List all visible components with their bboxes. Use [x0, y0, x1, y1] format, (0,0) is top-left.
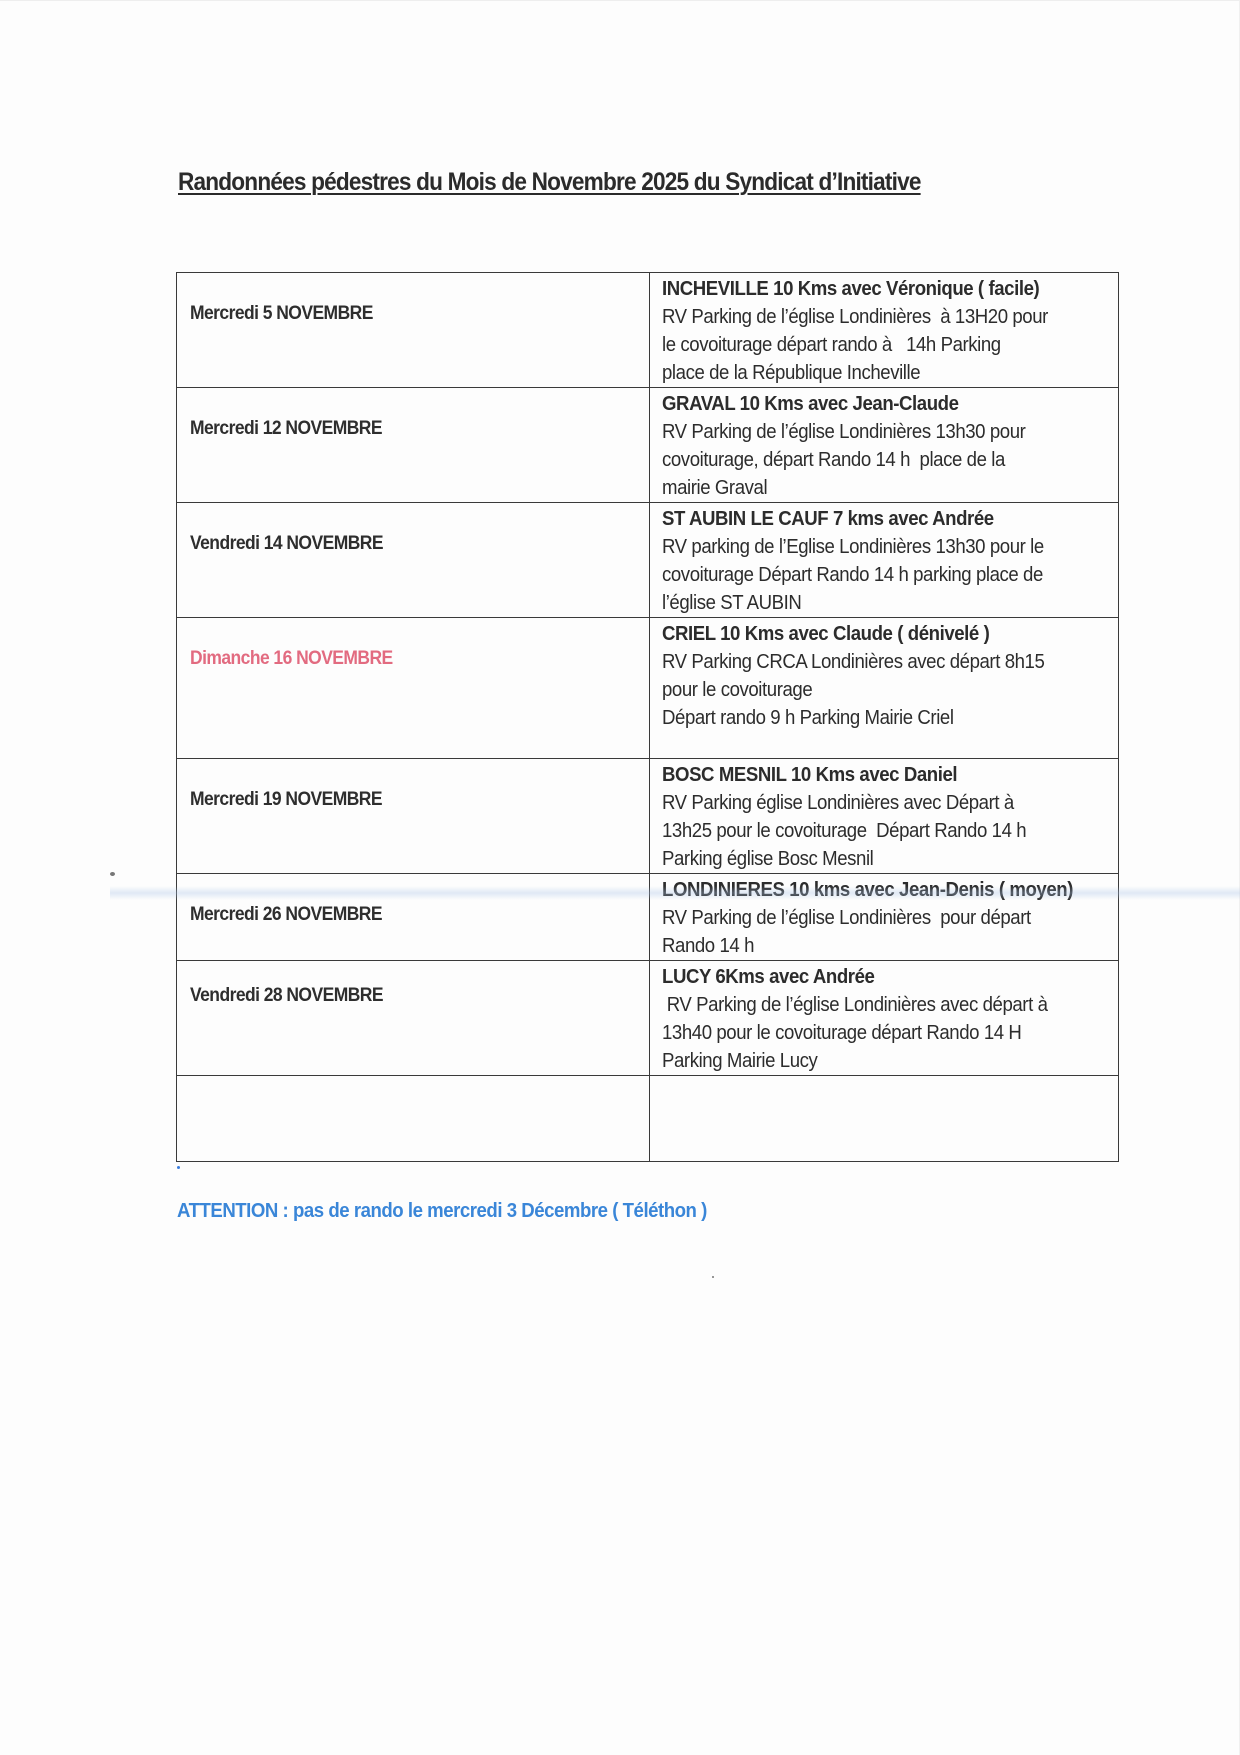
hike-detail-line: Parking Mairie Lucy: [662, 1047, 1079, 1075]
hike-details-cell: ST AUBIN LE CAUF 7 kms avec AndréeRV par…: [650, 503, 1119, 618]
hike-date: Vendredi 28 NOVEMBRE: [190, 985, 383, 1007]
hike-date: Mercredi 19 NOVEMBRE: [190, 789, 382, 811]
hike-details-cell: GRAVAL 10 Kms avec Jean-ClaudeRV Parking…: [650, 388, 1119, 503]
hike-detail-line: RV Parking de l’église Londinières avec …: [662, 991, 1079, 1019]
scan-speck: [712, 1276, 714, 1278]
hike-details-cell: [650, 1076, 1119, 1162]
hike-schedule-table: Mercredi 5 NOVEMBREINCHEVILLE 10 Kms ave…: [176, 272, 1119, 1162]
hike-detail-line: Départ rando 9 h Parking Mairie Criel: [662, 704, 1079, 732]
schedule-row: Vendredi 28 NOVEMBRELUCY 6Kms avec André…: [177, 961, 1119, 1076]
hike-detail-line: RV Parking de l’église Londinières à 13H…: [662, 303, 1079, 331]
hike-details: BOSC MESNIL 10 Kms avec DanielRV Parking…: [650, 759, 1118, 873]
hike-date: Mercredi 26 NOVEMBRE: [190, 904, 382, 926]
hike-detail-line: l’église ST AUBIN: [662, 589, 1079, 617]
hike-date: Vendredi 14 NOVEMBRE: [190, 533, 383, 555]
hike-detail-line: mairie Graval: [662, 474, 1079, 502]
date-cell: Mercredi 12 NOVEMBRE: [177, 388, 650, 503]
attention-note: ATTENTION : pas de rando le mercredi 3 D…: [177, 1200, 707, 1223]
hike-detail-line: pour le covoiturage: [662, 676, 1079, 704]
document-title: Randonnées pédestres du Mois de Novembre…: [178, 168, 1002, 197]
hike-details: LONDINIERES 10 kms avec Jean-Denis ( moy…: [650, 874, 1118, 960]
hike-details: [650, 1076, 1118, 1078]
hike-details-cell: LONDINIERES 10 kms avec Jean-Denis ( moy…: [650, 874, 1119, 961]
hike-detail-line: RV Parking de l’église Londinières 13h30…: [662, 418, 1079, 446]
hike-detail-line: RV Parking de l’église Londinières pour …: [662, 904, 1079, 932]
hike-detail-line: RV Parking CRCA Londinières avec départ …: [662, 648, 1079, 676]
hike-date: Mercredi 12 NOVEMBRE: [190, 418, 382, 440]
hike-date: Dimanche 16 NOVEMBRE: [190, 648, 393, 670]
date-cell: Mercredi 5 NOVEMBRE: [177, 273, 650, 388]
hike-details: INCHEVILLE 10 Kms avec Véronique ( facil…: [650, 273, 1118, 387]
hike-details-cell: CRIEL 10 Kms avec Claude ( dénivelé )RV …: [650, 618, 1119, 759]
hike-details: CRIEL 10 Kms avec Claude ( dénivelé )RV …: [650, 618, 1118, 732]
hike-heading: GRAVAL 10 Kms avec Jean-Claude: [662, 390, 1079, 418]
hike-details: GRAVAL 10 Kms avec Jean-ClaudeRV Parking…: [650, 388, 1118, 502]
hike-detail-line: 13h40 pour le covoiturage départ Rando 1…: [662, 1019, 1079, 1047]
hike-detail-line: 13h25 pour le covoiturage Départ Rando 1…: [662, 817, 1079, 845]
hike-details-cell: INCHEVILLE 10 Kms avec Véronique ( facil…: [650, 273, 1119, 388]
schedule-row: Dimanche 16 NOVEMBRECRIEL 10 Kms avec Cl…: [177, 618, 1119, 759]
date-cell: [177, 1076, 650, 1162]
date-cell: Vendredi 14 NOVEMBRE: [177, 503, 650, 618]
date-cell: Dimanche 16 NOVEMBRE: [177, 618, 650, 759]
date-cell: Vendredi 28 NOVEMBRE: [177, 961, 650, 1076]
schedule-row: Mercredi 12 NOVEMBREGRAVAL 10 Kms avec J…: [177, 388, 1119, 503]
schedule-row: Mercredi 19 NOVEMBREBOSC MESNIL 10 Kms a…: [177, 759, 1119, 874]
hike-detail-line: covoiturage, départ Rando 14 h place de …: [662, 446, 1079, 474]
hike-detail-line: Parking église Bosc Mesnil: [662, 845, 1079, 873]
schedule-row: Mercredi 26 NOVEMBRELONDINIERES 10 kms a…: [177, 874, 1119, 961]
hike-detail-line: RV Parking église Londinières avec Dépar…: [662, 789, 1079, 817]
hike-heading: ST AUBIN LE CAUF 7 kms avec Andrée: [662, 505, 1079, 533]
schedule-row: [177, 1076, 1119, 1162]
hike-details-cell: BOSC MESNIL 10 Kms avec DanielRV Parking…: [650, 759, 1119, 874]
hike-details-cell: LUCY 6Kms avec Andrée RV Parking de l’ég…: [650, 961, 1119, 1076]
hike-detail-line: RV parking de l’Eglise Londinières 13h30…: [662, 533, 1079, 561]
hike-heading: BOSC MESNIL 10 Kms avec Daniel: [662, 761, 1079, 789]
schedule-row: Mercredi 5 NOVEMBREINCHEVILLE 10 Kms ave…: [177, 273, 1119, 388]
hike-detail-line: Rando 14 h: [662, 932, 1079, 960]
hike-details: LUCY 6Kms avec Andrée RV Parking de l’ég…: [650, 961, 1118, 1075]
hike-detail-line: covoiturage Départ Rando 14 h parking pl…: [662, 561, 1079, 589]
hike-detail-line: le covoiturage départ rando à 14h Parkin…: [662, 331, 1079, 359]
hike-detail-line: place de la République Incheville: [662, 359, 1079, 387]
hike-date: Mercredi 5 NOVEMBRE: [190, 303, 373, 325]
scan-speck: [110, 872, 115, 876]
stray-dot: [177, 1166, 180, 1169]
hike-heading: CRIEL 10 Kms avec Claude ( dénivelé ): [662, 620, 1079, 648]
date-cell: Mercredi 26 NOVEMBRE: [177, 874, 650, 961]
date-cell: Mercredi 19 NOVEMBRE: [177, 759, 650, 874]
hike-details: ST AUBIN LE CAUF 7 kms avec AndréeRV par…: [650, 503, 1118, 617]
hike-heading: LUCY 6Kms avec Andrée: [662, 963, 1079, 991]
schedule-row: Vendredi 14 NOVEMBREST AUBIN LE CAUF 7 k…: [177, 503, 1119, 618]
hike-heading: INCHEVILLE 10 Kms avec Véronique ( facil…: [662, 275, 1079, 303]
hike-heading: LONDINIERES 10 kms avec Jean-Denis ( moy…: [662, 876, 1079, 904]
